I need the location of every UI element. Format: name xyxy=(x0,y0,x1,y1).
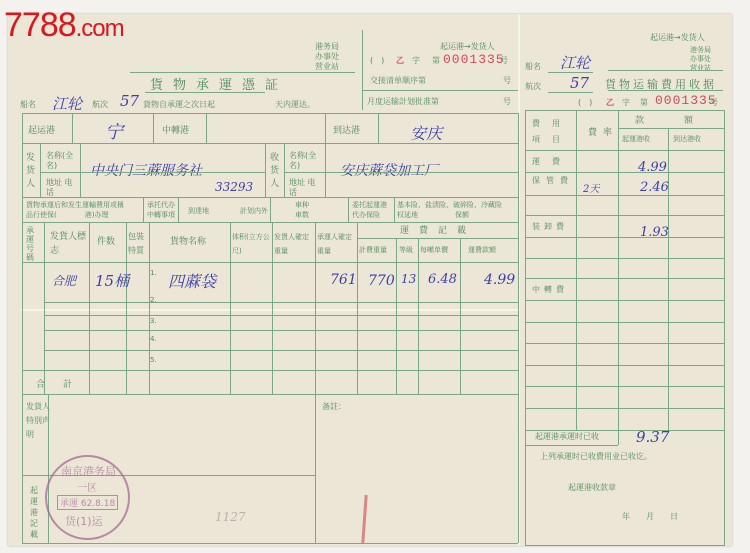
delivery-text-suffix: 天内運达。 xyxy=(275,100,315,110)
rule xyxy=(548,72,593,73)
insurance-label-1: 委托起運港 xyxy=(352,200,387,210)
shipper-address-value: 33293 xyxy=(215,180,253,194)
transit-port-label: 中轉港 xyxy=(162,126,189,136)
cell-goods: 四蔴袋 xyxy=(168,269,216,292)
serial-prefix: 第 xyxy=(432,56,440,66)
rule xyxy=(44,315,518,316)
delivery-text-prefix: 貨物自承運之次日起 xyxy=(143,100,215,110)
packaging-label-2: 权延地 xyxy=(397,210,418,220)
rule xyxy=(22,222,518,223)
rule xyxy=(72,113,73,143)
cell-carrier-weight: 761 xyxy=(330,272,357,288)
rule xyxy=(525,258,725,259)
rule xyxy=(724,110,725,545)
rule xyxy=(178,197,179,222)
rule xyxy=(325,113,326,143)
rule xyxy=(126,222,127,394)
receipt-series-word: 字 xyxy=(622,98,630,108)
col-shipper-weight: 发貨人確定重量 xyxy=(274,230,314,258)
shipper-address-label: 地址 电话 xyxy=(46,178,78,198)
rule xyxy=(362,30,363,110)
col-rate: 每噸单價 xyxy=(420,245,448,255)
rule xyxy=(525,110,725,111)
rule xyxy=(608,70,723,71)
rule xyxy=(525,445,618,446)
receipt-row-rate: 2天 xyxy=(583,180,599,195)
ship-name-value: 江轮 xyxy=(52,93,82,114)
list-seq-suffix: 号 xyxy=(503,76,511,86)
rule xyxy=(22,143,518,144)
page-title: 貨物承運憑証 xyxy=(150,74,288,93)
rule xyxy=(230,222,231,394)
fold-line xyxy=(20,309,520,311)
rule xyxy=(149,222,150,394)
receipt-voyage-label: 航次 xyxy=(525,82,541,92)
rule xyxy=(44,350,518,351)
packaging-label-1: 基本险、盐渍险、破碎险、冷藏险 xyxy=(397,200,502,210)
total-label: 合 計 xyxy=(36,380,72,390)
rule xyxy=(22,113,23,543)
rule xyxy=(576,110,577,430)
rule xyxy=(153,113,154,143)
consignee-name-label: 名称(全名) xyxy=(289,151,321,171)
dest-port-label: 到达港 xyxy=(333,126,360,136)
rule xyxy=(44,222,45,394)
rule xyxy=(525,172,725,173)
shipper-name-value: 中央门三蔴服务社 xyxy=(90,160,202,180)
row-number: 5. xyxy=(150,355,157,365)
packaging-label-3: 保额 xyxy=(455,210,469,220)
rule xyxy=(315,394,316,543)
rule xyxy=(145,92,265,93)
consignee-name-value: 安庆蔴袋加工厂 xyxy=(340,160,438,180)
seal-label: 起運港收款章 xyxy=(568,483,616,493)
plan-label: 月度运输計划批准第 xyxy=(367,97,439,107)
insurance-label-2: 代办保险 xyxy=(352,210,380,220)
rule xyxy=(22,394,518,395)
receipt-col-dest-collect: 到达港收 xyxy=(673,134,701,144)
serial-number: 0001335 xyxy=(443,52,505,67)
rule xyxy=(325,143,326,197)
rule xyxy=(525,278,725,279)
stamp-line-2: 一区 xyxy=(77,479,97,494)
rule xyxy=(525,215,725,216)
col-carrier-weight: 承運人確定重量 xyxy=(317,230,357,258)
receipt-row-item: 装卸費 xyxy=(532,222,568,232)
receipt-row-item: 中轉費 xyxy=(532,285,568,295)
receipt-copy-label: 起运港→发货人 xyxy=(650,33,705,43)
receipt-col-rate: 費率 xyxy=(588,128,618,138)
origin-port-value: 宁 xyxy=(105,118,123,144)
receipt-office-label-3: 营业站 xyxy=(690,63,711,73)
date-label: 年 月 日 xyxy=(622,512,678,522)
rule xyxy=(525,150,725,151)
rule xyxy=(525,408,725,409)
notice-text-2: 品行使保( 港)办理 xyxy=(26,210,108,220)
rule xyxy=(525,237,725,238)
rule xyxy=(44,302,518,303)
col-goods-name: 貨物名称 xyxy=(170,237,206,247)
series-letter: 乙 xyxy=(396,56,404,66)
vehicle-count-label: 車数 xyxy=(295,210,309,220)
row-number: 4. xyxy=(150,334,157,344)
rule xyxy=(22,262,518,263)
notice-text-1: 貨物承運后和发生運輸費用或稱 xyxy=(26,200,124,210)
col-chargeable-weight: 計費重量 xyxy=(359,245,387,255)
rule xyxy=(525,386,725,387)
receipt-serial-number: 0001335 xyxy=(655,93,717,108)
rule xyxy=(272,222,273,394)
cell-grade: 13 xyxy=(401,272,416,286)
serial-suffix: 号 xyxy=(500,56,508,66)
rule xyxy=(22,113,518,114)
rule xyxy=(206,113,207,143)
stamp-line-1: 南京港务局 xyxy=(61,463,116,479)
rule xyxy=(22,543,518,544)
rule xyxy=(518,113,519,543)
rule xyxy=(525,110,526,545)
rule xyxy=(608,90,723,91)
arrival-label: 到達地 xyxy=(188,206,209,216)
rule xyxy=(378,113,379,143)
ship-name-label: 船名 xyxy=(20,100,36,110)
col-packaging: 包裝特質 xyxy=(128,230,150,258)
rule xyxy=(525,343,725,344)
rule xyxy=(348,197,349,222)
receipt-voyage-value: 57 xyxy=(570,74,589,92)
plan-inout-label: 計划内外 xyxy=(240,206,268,216)
rule xyxy=(618,110,619,430)
col-freight-group: 運費記載 xyxy=(400,226,476,236)
rule xyxy=(22,370,518,371)
col-grade: 等級 xyxy=(399,245,413,255)
rule xyxy=(143,197,144,222)
watermark-number: 7788 xyxy=(4,6,76,44)
cell-pieces: 15桶 xyxy=(95,270,129,291)
col-freight-amount: 運費款額 xyxy=(468,245,496,255)
rule xyxy=(618,430,619,445)
agent-label-2: 中轉事項 xyxy=(147,210,175,220)
copy-label: 起运港→发货人 xyxy=(440,42,495,52)
consignee-address-label: 地址 电话 xyxy=(289,178,321,198)
rule xyxy=(525,430,725,431)
watermark-domain: .com xyxy=(76,15,124,42)
stamp-line-3: 承運 62.8.18 xyxy=(57,495,118,510)
rule xyxy=(270,197,271,222)
rule xyxy=(80,143,81,197)
rule xyxy=(48,394,49,543)
origin-stamp-label: 起運港記載 xyxy=(30,485,42,540)
cell-marks: 合肥 xyxy=(52,272,76,289)
cell-chargeable-weight: 770 xyxy=(368,273,395,289)
receipt-col-item: 費用項目 xyxy=(532,116,572,148)
rule xyxy=(394,197,395,222)
col-pieces: 件数 xyxy=(97,237,115,247)
receipt-ship-name-label: 船名 xyxy=(525,62,541,72)
row-number: 1. xyxy=(150,268,157,278)
series-word: 字 xyxy=(412,56,420,66)
rule xyxy=(525,322,725,323)
stamp-line-4: 货(1)运 xyxy=(65,513,103,529)
rule xyxy=(548,92,593,93)
shipper-label: 发货人 xyxy=(26,152,36,191)
col-volume: 体积(立方公尺) xyxy=(232,230,270,258)
rule xyxy=(40,143,41,197)
remarks-label: 备註： xyxy=(322,402,346,412)
rule xyxy=(284,172,518,173)
dest-port-value: 安庆 xyxy=(410,121,442,144)
shipper-name-label: 名称(全名) xyxy=(46,151,78,171)
port-authority-stamp: 南京港务局 一区 承運 62.8.18 货(1)运 xyxy=(45,455,130,540)
collected-value: 9.37 xyxy=(636,428,669,446)
row-number: 3. xyxy=(150,316,157,326)
cell-rate: 6.48 xyxy=(428,272,457,287)
pencil-note: 1127 xyxy=(215,510,246,524)
receipt-series-prefix: ( ) xyxy=(578,98,592,108)
office-label-3: 营业站 xyxy=(315,62,339,72)
receipt-row-origin: 2.46 xyxy=(640,180,669,195)
receipt-ship-name-value: 江轮 xyxy=(560,52,590,73)
rule xyxy=(130,72,355,73)
voyage-value: 57 xyxy=(120,92,139,110)
rule xyxy=(284,143,285,197)
rule xyxy=(357,238,518,239)
row-number: 2. xyxy=(150,295,157,305)
series-prefix: ( ) xyxy=(370,56,384,66)
site-watermark: 7788.com xyxy=(4,6,124,45)
rule xyxy=(618,128,724,129)
plan-suffix: 号 xyxy=(503,97,511,107)
special-statement-label: 发貨人特別声明 xyxy=(26,400,50,442)
rule xyxy=(525,195,725,196)
rule xyxy=(357,222,358,394)
cell-amount: 4.99 xyxy=(484,272,515,288)
rule xyxy=(525,300,725,301)
agent-label-1: 承托代办 xyxy=(147,200,175,210)
rule xyxy=(44,330,518,331)
col-waybill-no: 承運号碼 xyxy=(26,226,38,262)
rule xyxy=(40,172,265,173)
receipt-row-item: 保管費 xyxy=(532,176,574,186)
receipt-serial-prefix: 第 xyxy=(640,98,648,108)
rule xyxy=(525,545,725,546)
rule xyxy=(89,222,90,394)
receipt-serial-suffix: 号 xyxy=(710,98,718,108)
receipt-col-origin-collect: 起運港收 xyxy=(622,134,650,144)
collected-label: 起運港承運时已收 xyxy=(535,432,599,442)
office-label-1: 港务局 xyxy=(315,42,339,52)
origin-port-label: 起运港 xyxy=(28,126,55,136)
list-seq-label: 交接清单顺序第 xyxy=(370,76,426,86)
rule xyxy=(265,143,266,197)
office-label-2: 办事处 xyxy=(315,52,339,62)
rule xyxy=(362,90,518,91)
rule xyxy=(668,128,669,430)
rule xyxy=(315,222,316,394)
col-marks: 发貨人標志 xyxy=(50,230,86,258)
receipt-row-item: 運費 xyxy=(532,157,572,167)
confirm-text: 上列承運时已收費用业已收讫。 xyxy=(540,452,652,462)
voyage-label: 航次 xyxy=(92,100,108,110)
receipt-col-amount-group: 款額 xyxy=(635,116,733,126)
rule xyxy=(525,365,725,366)
vehicle-type-label: 車种 xyxy=(295,200,309,210)
consignee-label: 收货人 xyxy=(270,152,280,191)
receipt-series-letter: 乙 xyxy=(606,98,614,108)
